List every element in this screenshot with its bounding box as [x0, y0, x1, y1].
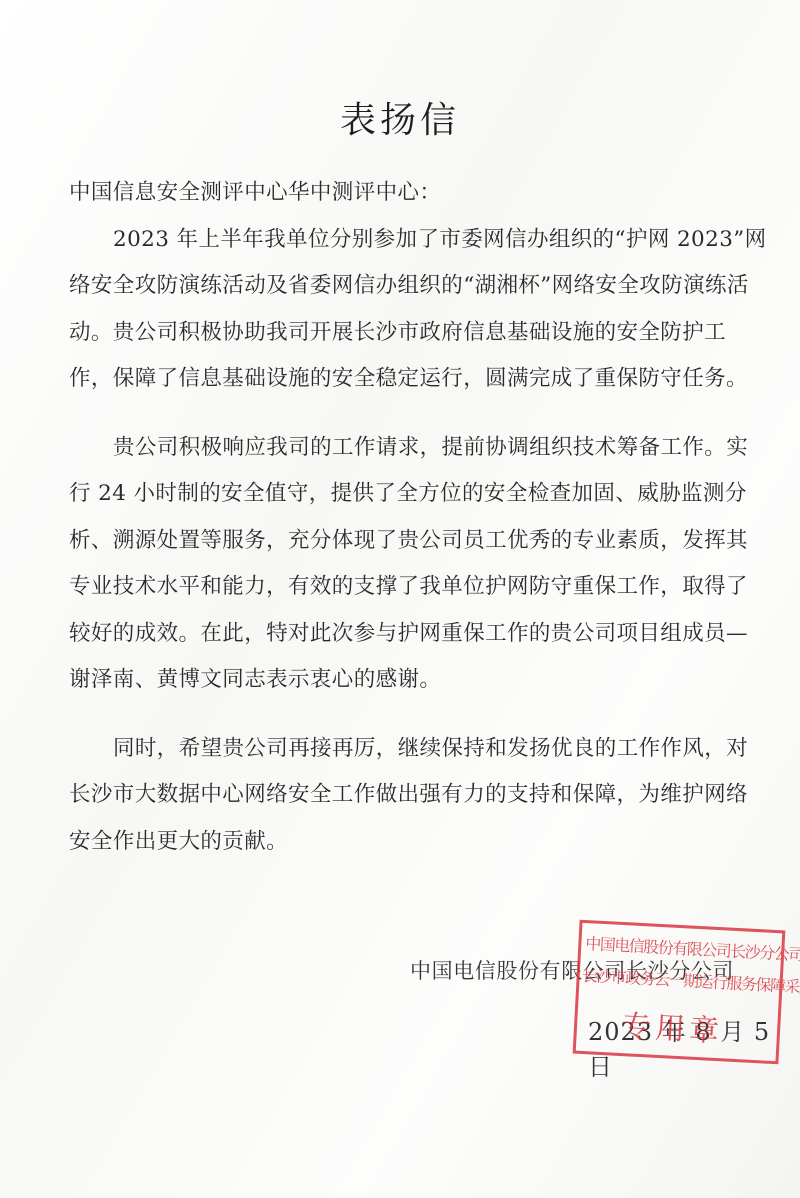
letter-title: 表扬信 — [0, 92, 800, 143]
letter-body: 中国信息安全测评中心华中测评中心： 2023 年上半年我单位分别参加了市委网信办… — [69, 170, 769, 865]
letter-page: 表扬信 中国信息安全测评中心华中测评中心： 2023 年上半年我单位分别参加了市… — [0, 0, 800, 1198]
stamp-project-text: 长沙市政务云一期运行服务保障采购项目 — [581, 963, 800, 1000]
paragraph-3: 同时，希望贵公司再接再厉，继续保持和发扬优良的工作作风，对长沙市大数据中心网络安… — [69, 726, 769, 866]
stamp-organization-text: 中国电信股份有限公司长沙分公司 — [585, 931, 800, 965]
official-seal-stamp: 中国电信股份有限公司长沙分公司 长沙市政务云一期运行服务保障采购项目 专用章 — [573, 920, 786, 1065]
paragraph-1: 2023 年上半年我单位分别参加了市委网信办组织的“护网 2023”网络安全攻防… — [69, 217, 769, 403]
stamp-seal-label: 专用章 — [620, 1001, 724, 1050]
salutation: 中国信息安全测评中心华中测评中心： — [69, 170, 769, 217]
paragraph-2: 贵公司积极响应我司的工作请求，提前协调组织技术筹备工作。实行 24 小时制的安全… — [69, 425, 769, 704]
